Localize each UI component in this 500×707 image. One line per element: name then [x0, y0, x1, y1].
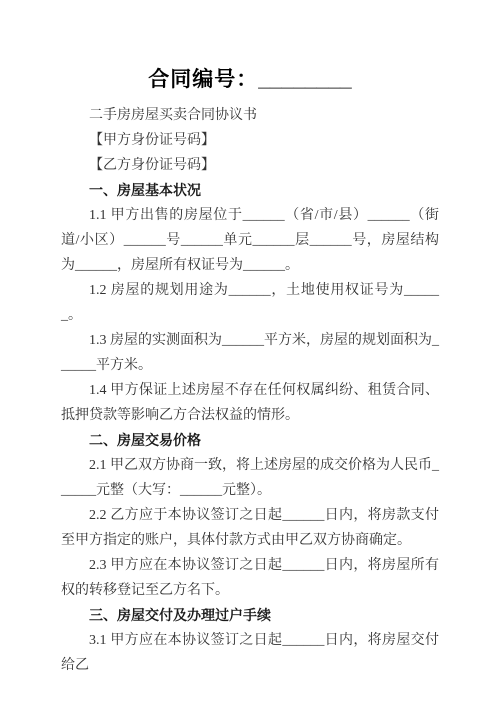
clause-1-2: 1.2 房屋的规划用途为______，土地使用权证号为______。 [61, 278, 439, 328]
clause-2-2: 2.2 乙方应于本协议签订之日起______日内，将房款支付至甲方指定的账户，具… [61, 503, 439, 553]
doc-subtitle: 二手房房屋买卖合同协议书 [61, 103, 439, 128]
party-a-id-label: 【甲方身份证号码】 [61, 128, 439, 153]
clause-3-1: 3.1 甲方应在本协议签订之日起______日内，将房屋交付给乙 [61, 628, 439, 678]
clause-2-1: 2.1 甲乙双方协商一致，将上述房屋的成交价格为人民币______元整（大写：_… [61, 453, 439, 503]
page-title: 合同编号：________ [61, 66, 439, 93]
contract-number-blank: ________ [258, 68, 351, 91]
clause-1-3: 1.3 房屋的实测面积为______平方米，房屋的规划面积为______平方米。 [61, 328, 439, 378]
document-body: 二手房房屋买卖合同协议书 【甲方身份证号码】 【乙方身份证号码】 一、房屋基本状… [61, 103, 439, 678]
section-2-heading: 二、房屋交易价格 [61, 428, 439, 453]
section-3-heading: 三、房屋交付及办理过户手续 [61, 603, 439, 628]
contract-number-label: 合同编号： [148, 68, 258, 91]
clause-1-4: 1.4 甲方保证上述房屋不存在任何权属纠纷、租赁合同、抵押贷款等影响乙方合法权益… [61, 378, 439, 428]
clause-1-1: 1.1 甲方出售的房屋位于______（省/市/县）______（街道/小区）_… [61, 203, 439, 278]
contract-page: 合同编号：________ 二手房房屋买卖合同协议书 【甲方身份证号码】 【乙方… [0, 0, 500, 707]
section-1-heading: 一、房屋基本状况 [61, 178, 439, 203]
party-b-id-label: 【乙方身份证号码】 [61, 153, 439, 178]
clause-2-3: 2.3 甲方应在本协议签订之日起______日内，将房屋所有权的转移登记至乙方名… [61, 553, 439, 603]
